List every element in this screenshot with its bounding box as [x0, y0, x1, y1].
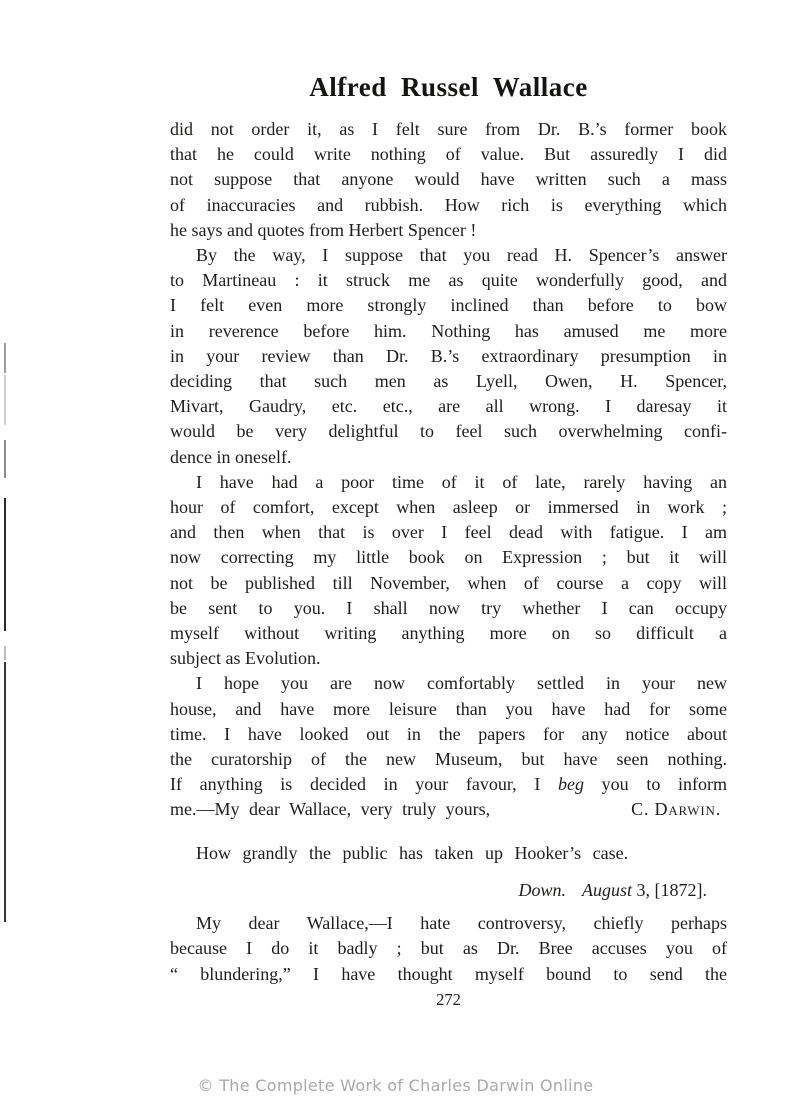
text-line: deciding that such men as Lyell, Owen, H… — [170, 369, 727, 394]
signature: C. Darwin. — [631, 797, 721, 822]
scan-artifact-line — [4, 440, 6, 478]
text-segment: he says and quotes from Herbert Spencer … — [170, 220, 476, 240]
text-line: that he could write nothing of value. Bu… — [170, 142, 727, 167]
page-number: 272 — [436, 990, 461, 1009]
text-segment: to Martineau : it struck me as quite won… — [170, 270, 727, 290]
text-line: not be published till November, when of … — [170, 571, 727, 596]
text-line: not suppose that anyone would have writt… — [170, 167, 727, 192]
page-title: Alfred Russel Wallace — [170, 70, 727, 104]
text-segment: not suppose that anyone would have writt… — [170, 169, 727, 189]
text-line: time. I have looked out in the papers fo… — [170, 722, 727, 747]
text-line: dence in oneself. — [170, 445, 727, 470]
scan-artifact-line — [4, 662, 6, 922]
text-segment: that he could write nothing of value. Bu… — [170, 144, 727, 164]
text-segment: 3, [1872]. — [632, 880, 707, 900]
text-line: in reverence before him. Nothing has amu… — [170, 319, 727, 344]
watermark: © The Complete Work of Charles Darwin On… — [0, 1076, 791, 1095]
text-line: would be very delightful to feel such ov… — [170, 419, 727, 444]
book-page: Alfred Russel Wallace did not order it, … — [0, 0, 791, 1104]
text-segment: of inaccuracies and rubbish. How rich is… — [170, 195, 727, 215]
text-line: My dear Wallace,—I hate controversy, chi… — [170, 911, 727, 936]
text-segment: not be published till November, when of … — [170, 573, 727, 593]
text-line: to Martineau : it struck me as quite won… — [170, 268, 727, 293]
text-line: now correcting my little book on Express… — [170, 545, 727, 570]
dateline: Down.August 3, [1872]. — [170, 878, 727, 903]
text-line: If anything is decided in your favour, I… — [170, 772, 727, 797]
text-segment: be sent to you. I shall now try whether … — [170, 598, 727, 618]
text-segment: I have had a poor time of it of late, ra… — [196, 472, 727, 492]
paragraph: I have had a poor time of it of late, ra… — [170, 470, 727, 672]
scan-artifact-line — [4, 498, 6, 631]
text-segment: Mivart, Gaudry, etc. etc., are all wrong… — [170, 396, 727, 416]
text-line: Mivart, Gaudry, etc. etc., are all wrong… — [170, 394, 727, 419]
text-segment: deciding that such men as Lyell, Owen, H… — [170, 371, 727, 391]
text-segment: I felt even more strongly inclined than … — [170, 295, 727, 315]
text-line: I hope you are now comfortably settled i… — [170, 671, 727, 696]
text-segment: would be very delightful to feel such ov… — [170, 421, 727, 441]
paragraph: My dear Wallace,—I hate controversy, chi… — [170, 911, 727, 987]
text-segment: time. I have looked out in the papers fo… — [170, 724, 727, 744]
text-line: be sent to you. I shall now try whether … — [170, 596, 727, 621]
scan-artifact-line — [4, 343, 6, 373]
text-line: the curatorship of the new Museum, but h… — [170, 747, 727, 772]
text-segment: hour of comfort, except when asleep or i… — [170, 497, 727, 517]
page-content: Alfred Russel Wallace did not order it, … — [170, 70, 727, 1010]
text-line: hour of comfort, except when asleep or i… — [170, 495, 727, 520]
text-block: did not order it, as I felt sure from Dr… — [170, 117, 727, 987]
text-line: myself without writing anything more on … — [170, 621, 727, 646]
text-segment: By the way, I suppose that you read H. S… — [196, 245, 727, 265]
text-segment: myself without writing anything more on … — [170, 623, 727, 643]
text-segment: in reverence before him. Nothing has amu… — [170, 321, 727, 341]
text-segment: beg — [558, 774, 584, 794]
text-line: in your review than Dr. B.’s extraordina… — [170, 344, 727, 369]
text-segment: did not order it, as I felt sure from Dr… — [170, 119, 727, 139]
text-segment: If anything is decided in your favour, I — [170, 774, 558, 794]
text-segment: How grandly the public has taken up Hook… — [196, 843, 628, 863]
scan-artifact-line — [4, 375, 6, 425]
text-segment: me.—My dear Wallace, very truly yours, — [170, 797, 490, 822]
text-line: I have had a poor time of it of late, ra… — [170, 470, 727, 495]
text-line: and then when that is over I feel dead w… — [170, 520, 727, 545]
text-segment: I hope you are now comfortably settled i… — [196, 673, 727, 693]
paragraph: did not order it, as I felt sure from Dr… — [170, 117, 727, 243]
text-line: subject as Evolution. — [170, 646, 727, 671]
text-segment: subject as Evolution. — [170, 648, 320, 668]
text-line: me.—My dear Wallace, very truly yours,C.… — [170, 797, 727, 822]
text-segment: Down. — [518, 880, 566, 900]
text-line: house, and have more leisure than you ha… — [170, 697, 727, 722]
text-segment: August — [582, 880, 632, 900]
text-line: I felt even more strongly inclined than … — [170, 293, 727, 318]
paragraph: By the way, I suppose that you read H. S… — [170, 243, 727, 470]
text-segment: dence in oneself. — [170, 447, 291, 467]
text-line: because I do it badly ; but as Dr. Bree … — [170, 936, 727, 961]
paragraph: I hope you are now comfortably settled i… — [170, 671, 727, 822]
text-line: “ blundering,” I have thought myself bou… — [170, 962, 727, 987]
scan-artifact-line — [4, 646, 6, 660]
text-segment: the curatorship of the new Museum, but h… — [170, 749, 727, 769]
text-segment: in your review than Dr. B.’s extraordina… — [170, 346, 727, 366]
text-segment: “ blundering,” I have thought myself bou… — [170, 964, 727, 984]
text-segment: and then when that is over I feel dead w… — [170, 522, 727, 542]
text-segment: My dear Wallace,—I hate controversy, chi… — [196, 913, 727, 933]
page-number-row: 272 — [170, 989, 727, 1010]
text-segment: now correcting my little book on Express… — [170, 547, 727, 567]
text-segment: because I do it badly ; but as Dr. Bree … — [170, 938, 727, 958]
text-line: How grandly the public has taken up Hook… — [170, 841, 727, 866]
text-line: he says and quotes from Herbert Spencer … — [170, 218, 727, 243]
text-line: of inaccuracies and rubbish. How rich is… — [170, 193, 727, 218]
text-segment: house, and have more leisure than you ha… — [170, 699, 727, 719]
paragraph: How grandly the public has taken up Hook… — [170, 841, 727, 866]
text-segment: you to inform — [584, 774, 727, 794]
text-line: By the way, I suppose that you read H. S… — [170, 243, 727, 268]
text-line: did not order it, as I felt sure from Dr… — [170, 117, 727, 142]
